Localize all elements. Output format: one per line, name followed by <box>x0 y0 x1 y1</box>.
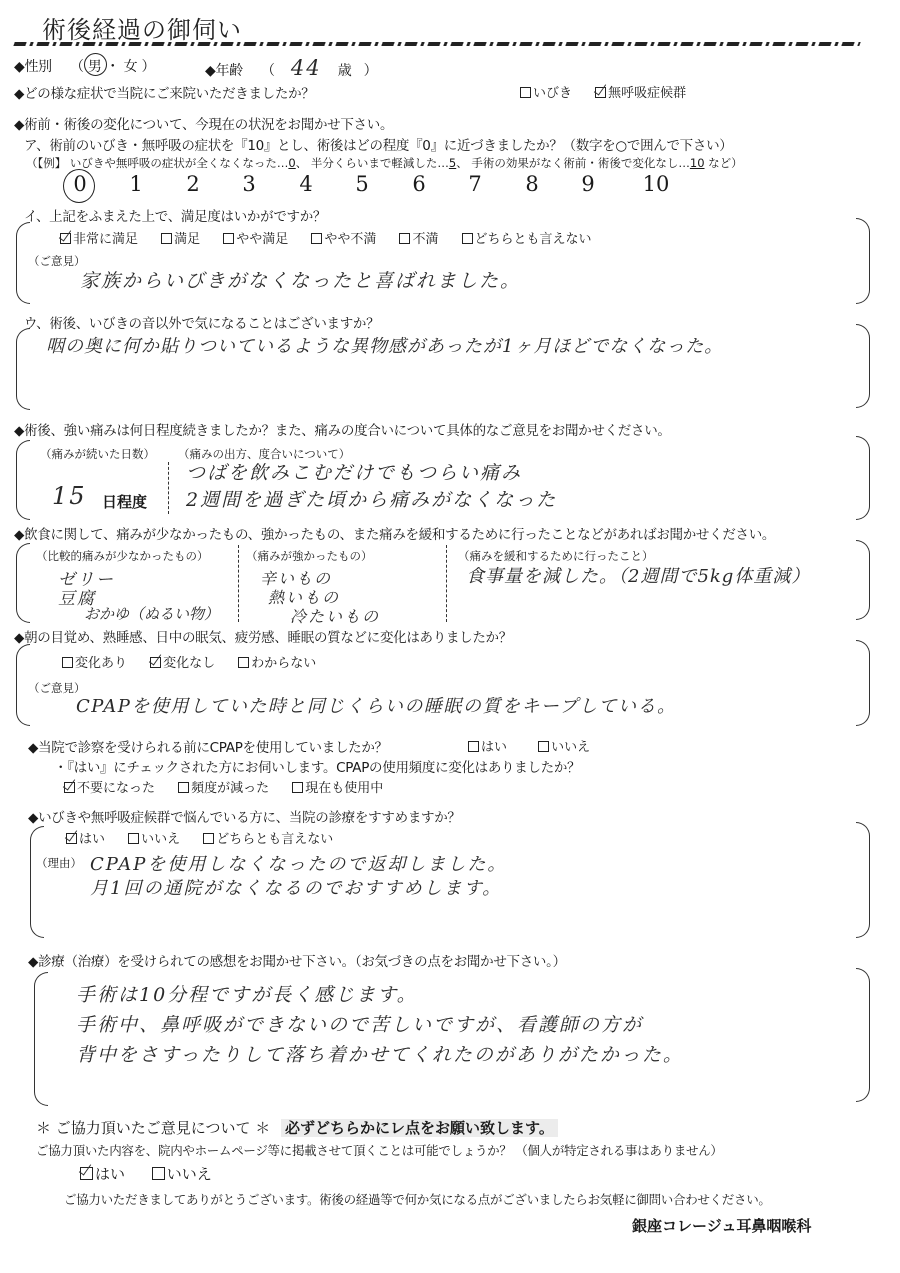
diet-question: ◆飲食に関して、痛みが少なかったもの、強かったもの、また痛みを緩和するために行っ… <box>14 523 775 543</box>
answer-box-right <box>856 640 870 726</box>
cpap-option-reduced[interactable]: 頻度が減った <box>178 777 269 796</box>
checkbox-icon <box>178 782 189 793</box>
age-close-paren: ） <box>364 63 378 79</box>
cpap-options: はい いいえ <box>468 736 608 755</box>
scale-option-9[interactable]: 9 <box>573 172 603 196</box>
relief-text[interactable]: 食事量を減した。（2週間で5kg体重減） <box>466 562 810 588</box>
consent-option-no[interactable]: いいえ <box>152 1163 212 1184</box>
checkbox-checked-icon <box>64 782 75 793</box>
column-divider <box>446 545 447 622</box>
age-value[interactable]: 44 <box>291 56 322 80</box>
recommend-option-neutral[interactable]: どちらとも言えない <box>203 828 333 847</box>
consent-question: ご協力頂いた内容を、院内やホームページ等に掲載させて頂くことは可能でしょうか？ … <box>36 1141 723 1159</box>
satisfaction-question: イ、上記をふまえた上で、満足度はいかがですか？ <box>24 205 326 225</box>
satisfaction-option-somewhat-satisfied[interactable]: やや満足 <box>223 228 288 247</box>
gender-option-female[interactable]: 女 <box>124 59 138 75</box>
checkbox-checked-icon <box>60 233 71 244</box>
impression-line-2[interactable]: 手術中、鼻呼吸ができないので苦しいですが、看護師の方が <box>76 1010 643 1037</box>
sleep-question: ◆朝の目覚め、熟睡感、日中の眠気、疲労感、睡眠の質などに変化はありましたか？ <box>14 626 512 646</box>
checkbox-icon <box>462 233 473 244</box>
selection-circle <box>84 53 107 76</box>
gender-option-male[interactable]: 男 <box>88 56 102 76</box>
checkbox-checked-icon <box>150 657 161 668</box>
column-divider <box>238 545 239 622</box>
scale-option-4[interactable]: 4 <box>291 172 321 196</box>
checkbox-icon <box>223 233 234 244</box>
answer-box-right <box>856 218 870 304</box>
gender-close-paren: ） <box>141 59 155 75</box>
checkbox-icon <box>520 87 531 98</box>
checkbox-icon <box>238 657 249 668</box>
change-question: ◆術前・術後の変化について、今現在の状況をお聞かせ下さい。 <box>14 113 393 133</box>
strong-pain-item[interactable]: 冷たいもの <box>290 604 380 627</box>
gender-open-paren: （ <box>70 59 84 75</box>
impression-question: ◆診療（治療）を受けられての感想をお聞かせ下さい。（お気づきの点をお聞かせ下さい… <box>28 950 566 970</box>
satisfaction-option-satisfied[interactable]: 満足 <box>161 228 200 247</box>
gender-separator: ・ <box>106 59 120 75</box>
pain-detail-line-2[interactable]: 2週間を過ぎた頃から痛みがなくなった <box>186 485 557 512</box>
impression-line-1[interactable]: 手術は10分程ですが長く感じます。 <box>76 980 418 1007</box>
less-pain-label: （比較的痛みが少なかったもの） <box>36 548 209 564</box>
recommend-option-no[interactable]: いいえ <box>128 828 180 847</box>
age-row: ◆年齢 （ 44 歳 ） <box>205 56 377 80</box>
pain-question: ◆術後、強い痛みは何日程度続きましたか？また、痛みの度合いについて具体的なご意見… <box>14 419 671 439</box>
age-label: ◆年齢 <box>205 63 243 79</box>
checkbox-icon <box>311 233 322 244</box>
cpap-option-no[interactable]: いいえ <box>538 736 590 755</box>
answer-box-right <box>856 822 870 938</box>
sleep-comment[interactable]: CPAPを使用していた時と同じくらいの睡眠の質をキープしている。 <box>76 692 676 718</box>
symptom-option-apnea[interactable]: 無呼吸症候群 <box>595 82 686 101</box>
recommend-options: はい いいえ どちらとも言えない <box>66 828 351 847</box>
symptom-option-snoring[interactable]: いびき <box>520 82 572 101</box>
cpap-option-not-needed[interactable]: 不要になった <box>64 777 155 796</box>
answer-box-right <box>856 540 870 620</box>
column-divider <box>168 462 169 514</box>
consent-heading: ＊ ご協力頂いたご意見について ＊ 必ずどちらかにレ点をお願い致します。 <box>36 1117 558 1138</box>
cpap-question: ◆当院で診察を受けられる前にCPAPを使用していましたか？ <box>28 736 388 756</box>
checkbox-icon <box>538 741 549 752</box>
age-unit: 歳 <box>338 63 352 79</box>
checkbox-checked-icon <box>80 1167 93 1180</box>
recommend-reason-line-2[interactable]: 月1回の通院がなくなるのでおすすめします。 <box>90 874 502 900</box>
satisfaction-options: 非常に満足 満足 やや満足 やや不満 不満 どちらとも言えない <box>60 228 610 247</box>
answer-box-left <box>16 440 30 520</box>
checkbox-checked-icon <box>595 87 606 98</box>
answer-box-left <box>34 972 48 1106</box>
cpap-followup-options: 不要になった 頻度が減った 現在も使用中 <box>64 777 401 796</box>
gender-row: ◆性別 （ 男 ・ 女 ） <box>14 56 155 76</box>
consent-option-yes[interactable]: はい <box>80 1163 125 1184</box>
clinic-name: 銀座コレージュ耳鼻咽喉科 <box>632 1215 811 1236</box>
change-sub-a: ア、術前のいびき・無呼吸の症状を『10』とし、術後はどの程度『0』に近づきました… <box>24 134 732 154</box>
gender-label: ◆性別 <box>14 59 52 75</box>
checkbox-icon <box>399 233 410 244</box>
checkbox-icon <box>161 233 172 244</box>
cpap-followup-question: ・『はい』にチェックされた方にお伺いします。CPAPの使用頻度に変化はありました… <box>54 756 580 776</box>
title-divider <box>13 42 860 46</box>
less-pain-item[interactable]: おかゆ（ぬるい物） <box>84 603 219 624</box>
checkbox-icon <box>152 1167 165 1180</box>
checkbox-checked-icon <box>66 833 77 844</box>
checkbox-icon <box>468 741 479 752</box>
consent-options: はい いいえ <box>80 1163 230 1184</box>
scale-option-0[interactable]: 0 <box>65 172 95 196</box>
pain-days-value[interactable]: 15 <box>52 482 87 510</box>
scale-option-8[interactable]: 8 <box>517 172 547 196</box>
pain-detail-line-1[interactable]: つばを飲みこむだけでもつらい痛み <box>186 458 522 485</box>
scale-option-2[interactable]: 2 <box>178 172 208 196</box>
cpap-option-still-using[interactable]: 現在も使用中 <box>292 777 383 796</box>
symptom-question: ◆どの様な症状で当院にご来院いただきましたか？ <box>14 82 314 102</box>
other-concern-question: ウ、術後、いびきの音以外で気になることはございますか？ <box>24 312 379 332</box>
page-title: 術後経過の御伺い <box>42 10 242 45</box>
recommend-question: ◆いびきや無呼吸症候群で悩んでいる方に、当院の診療をすすめますか？ <box>28 806 461 826</box>
scale-option-6[interactable]: 6 <box>404 172 434 196</box>
impression-line-3[interactable]: 背中をさすったりして落ち着かせてくれたのがありがたかった。 <box>76 1040 684 1067</box>
age-open-paren: （ <box>261 63 275 79</box>
scale-option-1[interactable]: 1 <box>121 172 151 196</box>
checkbox-icon <box>62 657 73 668</box>
satisfaction-option-very-satisfied[interactable]: 非常に満足 <box>60 228 138 247</box>
scale-option-7[interactable]: 7 <box>460 172 490 196</box>
satisfaction-option-somewhat-dissatisfied[interactable]: やや不満 <box>311 228 376 247</box>
strong-pain-label: （痛みが強かったもの） <box>246 548 373 564</box>
satisfaction-option-neutral[interactable]: どちらとも言えない <box>462 228 592 247</box>
satisfaction-option-dissatisfied[interactable]: 不満 <box>399 228 438 247</box>
checkbox-icon <box>203 833 214 844</box>
answer-box-right <box>856 968 870 1102</box>
checkbox-icon <box>292 782 303 793</box>
answer-box-left <box>16 328 30 410</box>
sleep-options: 変化あり 変化なし わからない <box>62 652 334 671</box>
scale-option-10[interactable]: 10 <box>636 172 676 196</box>
scale-option-5[interactable]: 5 <box>347 172 377 196</box>
checkbox-icon <box>128 833 139 844</box>
consent-thanks: ご協力いただきましてありがとうございます。術後の経過等で何か気になる点がございま… <box>64 1190 771 1208</box>
sleep-option-no-change[interactable]: 変化なし <box>150 652 215 671</box>
cpap-option-yes[interactable]: はい <box>468 736 507 755</box>
consent-heading-right: 必ずどちらかにレ点をお願い致します。 <box>281 1119 558 1137</box>
pain-days-unit: 日程度 <box>102 491 147 512</box>
other-concern-answer[interactable]: 咽の奥に何か貼りついているような異物感があったが1ヶ月ほどでなくなった。 <box>46 332 723 358</box>
sleep-option-unknown[interactable]: わからない <box>238 652 316 671</box>
answer-box-right <box>856 324 870 408</box>
answer-box-left <box>16 543 30 623</box>
answer-box-right <box>856 436 870 520</box>
recommend-reason-line-1[interactable]: CPAPを使用しなくなったので返却しました。 <box>90 850 507 876</box>
change-example: （【例】 いびきや無呼吸の症状が全くなくなった…0、 半分くらいまで軽減した…5… <box>26 155 743 171</box>
satisfaction-comment[interactable]: 家族からいびきがなくなったと喜ばれました。 <box>80 266 521 293</box>
reason-label: （理由） <box>36 855 82 871</box>
recommend-option-yes[interactable]: はい <box>66 828 105 847</box>
sleep-option-changed[interactable]: 変化あり <box>62 652 127 671</box>
pain-days-label: （痛みが続いた日数） <box>40 446 155 462</box>
answer-box-left <box>30 826 44 938</box>
symptom-options: いびき 無呼吸症候群 <box>520 82 704 101</box>
comment-label: （ご意見） <box>28 253 86 269</box>
consent-heading-left: ＊ ご協力頂いたご意見について ＊ <box>36 1119 270 1137</box>
scale-option-3[interactable]: 3 <box>234 172 264 196</box>
